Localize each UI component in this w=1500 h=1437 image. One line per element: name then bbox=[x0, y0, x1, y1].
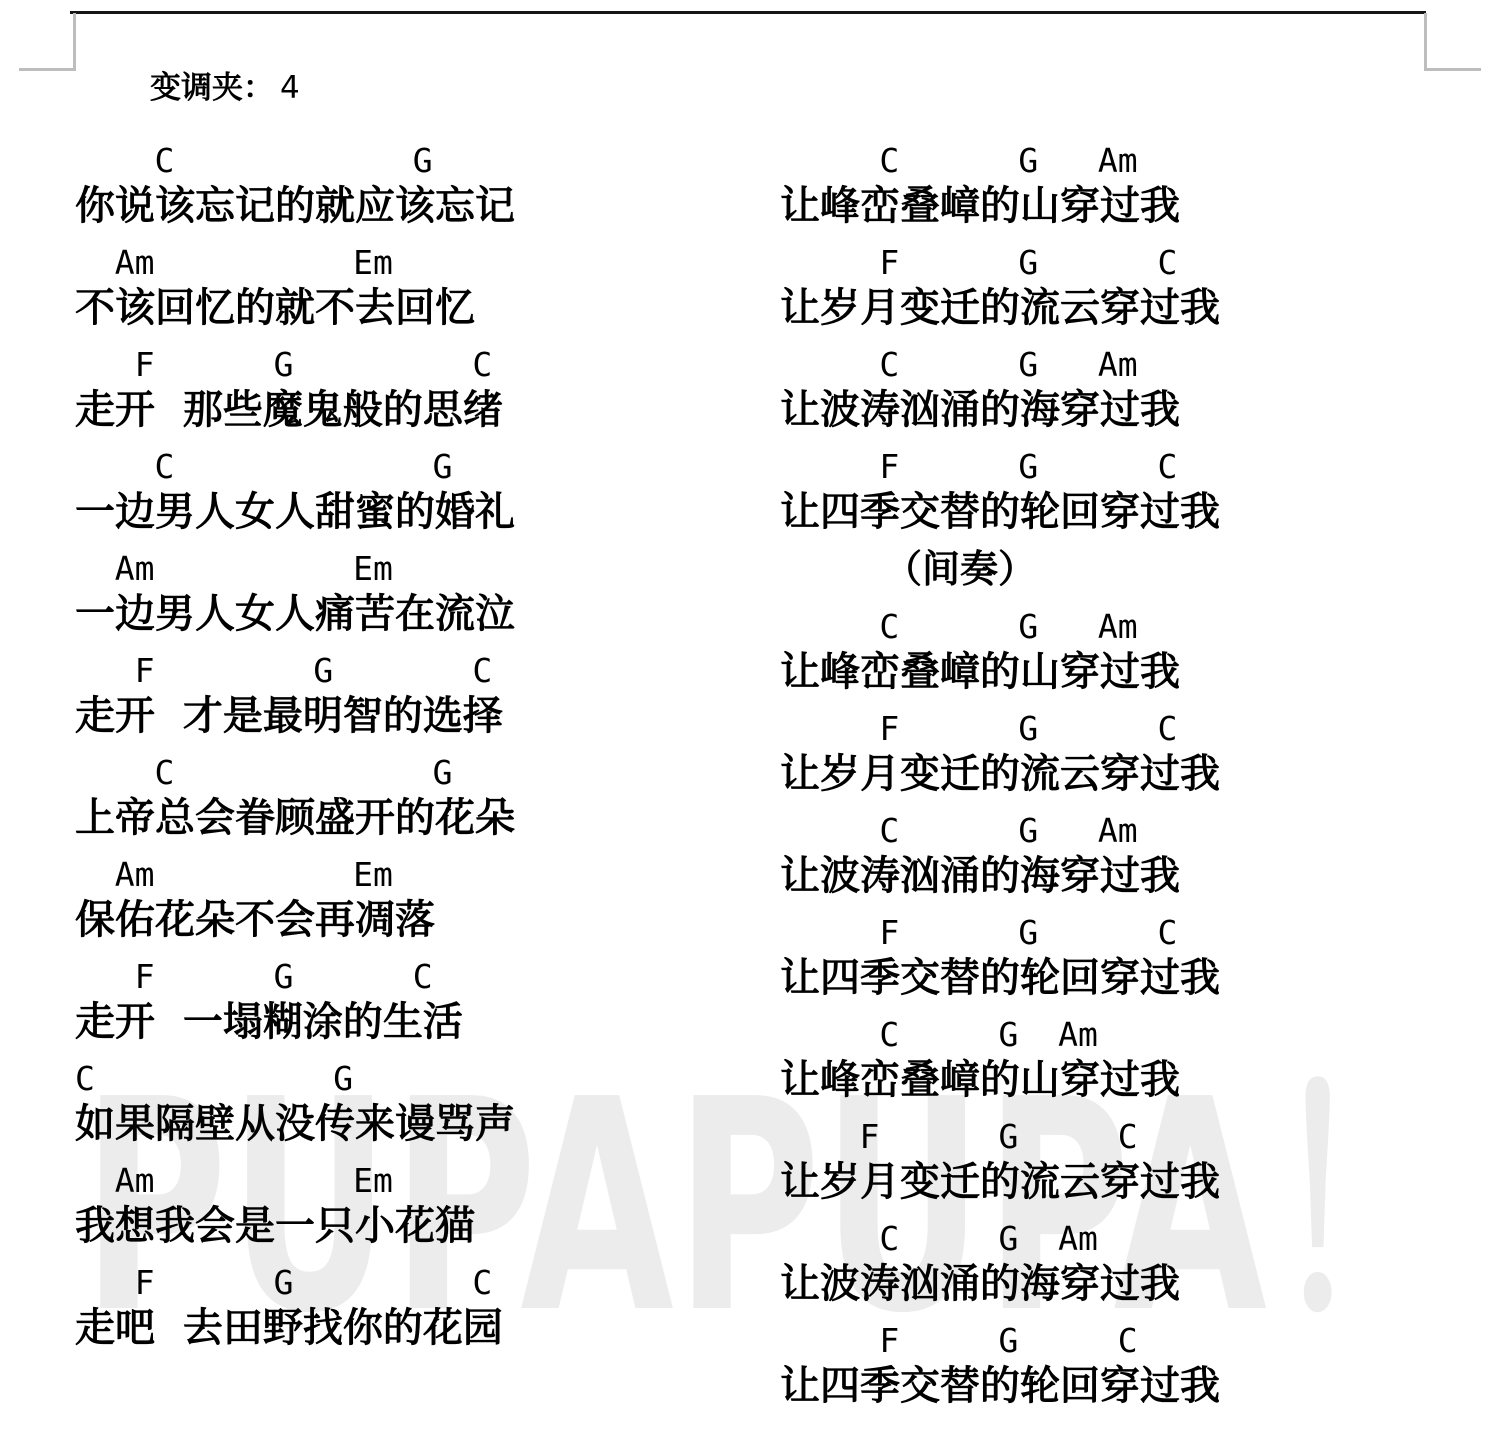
song-line: C G Am让峰峦叠嶂的山穿过我 bbox=[780, 1006, 1480, 1108]
song-line: F G C走吧 去田野找你的花园 bbox=[75, 1254, 735, 1356]
chord-line: F G C bbox=[75, 336, 735, 382]
lyric-line: 上帝总会眷顾盛开的花朵 bbox=[75, 790, 735, 846]
chord-line: Am Em bbox=[75, 1152, 735, 1198]
song-line: F G C让岁月变迁的流云穿过我 bbox=[780, 234, 1480, 336]
chord-line: C G bbox=[75, 744, 735, 790]
song-line: C G Am让波涛汹涌的海穿过我 bbox=[780, 802, 1480, 904]
lyric-line: 让四季交替的轮回穿过我 bbox=[780, 1358, 1480, 1414]
song-line: C G Am让峰峦叠嶂的山穿过我 bbox=[780, 132, 1480, 234]
chord-line: C G bbox=[75, 132, 735, 178]
song-line: C G Am让峰峦叠嶂的山穿过我 bbox=[780, 598, 1480, 700]
chord-line: Am Em bbox=[75, 846, 735, 892]
song-line: Am Em不该回忆的就不去回忆 bbox=[75, 234, 735, 336]
lyric-line: 让岁月变迁的流云穿过我 bbox=[780, 280, 1480, 336]
chord-line: F G C bbox=[780, 438, 1480, 484]
capo-label: 变调夹： bbox=[150, 70, 274, 106]
lyric-line: 走开 一塌糊涂的生活 bbox=[75, 994, 735, 1050]
song-line: F G C走开 那些魔鬼般的思绪 bbox=[75, 336, 735, 438]
song-line: F G C让四季交替的轮回穿过我 bbox=[780, 1312, 1480, 1414]
lyrics-column-left: C G你说该忘记的就应该忘记 Am Em不该回忆的就不去回忆 F G C走开 那… bbox=[75, 132, 735, 1356]
chord-line: C G bbox=[75, 438, 735, 484]
lyric-line: 让峰峦叠嶂的山穿过我 bbox=[780, 644, 1480, 700]
lyric-line: 让四季交替的轮回穿过我 bbox=[780, 950, 1480, 1006]
lyric-line: 让波涛汹涌的海穿过我 bbox=[780, 382, 1480, 438]
chord-line: F G C bbox=[780, 1312, 1480, 1358]
song-line: Am Em保佑花朵不会再凋落 bbox=[75, 846, 735, 948]
lyric-line: 让峰峦叠嶂的山穿过我 bbox=[780, 1052, 1480, 1108]
page-top-edge-line bbox=[70, 11, 1426, 14]
lyric-line: 让岁月变迁的流云穿过我 bbox=[780, 746, 1480, 802]
song-line: C G Am让波涛汹涌的海穿过我 bbox=[780, 1210, 1480, 1312]
chord-line: F G C bbox=[780, 700, 1480, 746]
lyric-line: 让波涛汹涌的海穿过我 bbox=[780, 1256, 1480, 1312]
chord-line: C G Am bbox=[780, 132, 1480, 178]
lyric-line: 走开 才是最明智的选择 bbox=[75, 688, 735, 744]
song-line: C G Am让波涛汹涌的海穿过我 bbox=[780, 336, 1480, 438]
song-line: C G你说该忘记的就应该忘记 bbox=[75, 132, 735, 234]
song-line: F G C让四季交替的轮回穿过我 bbox=[780, 438, 1480, 540]
lyric-line: 让岁月变迁的流云穿过我 bbox=[780, 1154, 1480, 1210]
lyric-line: 一边男人女人痛苦在流泣 bbox=[75, 586, 735, 642]
chord-line: F G C bbox=[780, 904, 1480, 950]
page-margin-mark-left bbox=[19, 13, 76, 71]
lyric-line: 走开 那些魔鬼般的思绪 bbox=[75, 382, 735, 438]
lyric-line: 保佑花朵不会再凋落 bbox=[75, 892, 735, 948]
chord-line: F G C bbox=[75, 1254, 735, 1300]
lyrics-column-right: C G Am让峰峦叠嶂的山穿过我 F G C让岁月变迁的流云穿过我 C G Am… bbox=[780, 132, 1480, 1414]
capo-title: 变调夹：4 bbox=[150, 68, 300, 108]
interlude-line: （间奏） bbox=[780, 540, 1480, 598]
chord-line: C G Am bbox=[780, 1006, 1480, 1052]
chord-line: F G C bbox=[780, 234, 1480, 280]
chord-line: F G C bbox=[75, 642, 735, 688]
chord-line: Am Em bbox=[75, 234, 735, 280]
song-line: F G C让岁月变迁的流云穿过我 bbox=[780, 700, 1480, 802]
song-line: F G C让岁月变迁的流云穿过我 bbox=[780, 1108, 1480, 1210]
lyric-line: （间奏） bbox=[780, 540, 1480, 598]
capo-value: 4 bbox=[274, 70, 300, 106]
chord-line: C G Am bbox=[780, 1210, 1480, 1256]
lyric-line: 一边男人女人甜蜜的婚礼 bbox=[75, 484, 735, 540]
lyric-line: 让四季交替的轮回穿过我 bbox=[780, 484, 1480, 540]
lyric-line: 让波涛汹涌的海穿过我 bbox=[780, 848, 1480, 904]
lyric-line: 你说该忘记的就应该忘记 bbox=[75, 178, 735, 234]
lyric-line: 如果隔壁从没传来谩骂声 bbox=[75, 1096, 735, 1152]
chord-line: F G C bbox=[75, 948, 735, 994]
chord-line: Am Em bbox=[75, 540, 735, 586]
page-margin-mark-right bbox=[1424, 13, 1481, 71]
song-line: C G如果隔壁从没传来谩骂声 bbox=[75, 1050, 735, 1152]
song-line: F G C走开 一塌糊涂的生活 bbox=[75, 948, 735, 1050]
lyric-line: 让峰峦叠嶂的山穿过我 bbox=[780, 178, 1480, 234]
lyric-line: 走吧 去田野找你的花园 bbox=[75, 1300, 735, 1356]
chord-line: C G bbox=[75, 1050, 735, 1096]
chord-line: C G Am bbox=[780, 598, 1480, 644]
lyric-line: 我想我会是一只小花猫 bbox=[75, 1198, 735, 1254]
chord-sheet-page: PUPAPUPA！ 变调夹：4 C G你说该忘记的就应该忘记 Am Em不该回忆… bbox=[0, 0, 1500, 1437]
chord-line: F G C bbox=[780, 1108, 1480, 1154]
song-line: C G一边男人女人甜蜜的婚礼 bbox=[75, 438, 735, 540]
lyric-line: 不该回忆的就不去回忆 bbox=[75, 280, 735, 336]
chord-line: C G Am bbox=[780, 802, 1480, 848]
song-line: F G C让四季交替的轮回穿过我 bbox=[780, 904, 1480, 1006]
song-line: C G上帝总会眷顾盛开的花朵 bbox=[75, 744, 735, 846]
song-line: Am Em一边男人女人痛苦在流泣 bbox=[75, 540, 735, 642]
song-line: F G C走开 才是最明智的选择 bbox=[75, 642, 735, 744]
song-line: Am Em我想我会是一只小花猫 bbox=[75, 1152, 735, 1254]
chord-line: C G Am bbox=[780, 336, 1480, 382]
